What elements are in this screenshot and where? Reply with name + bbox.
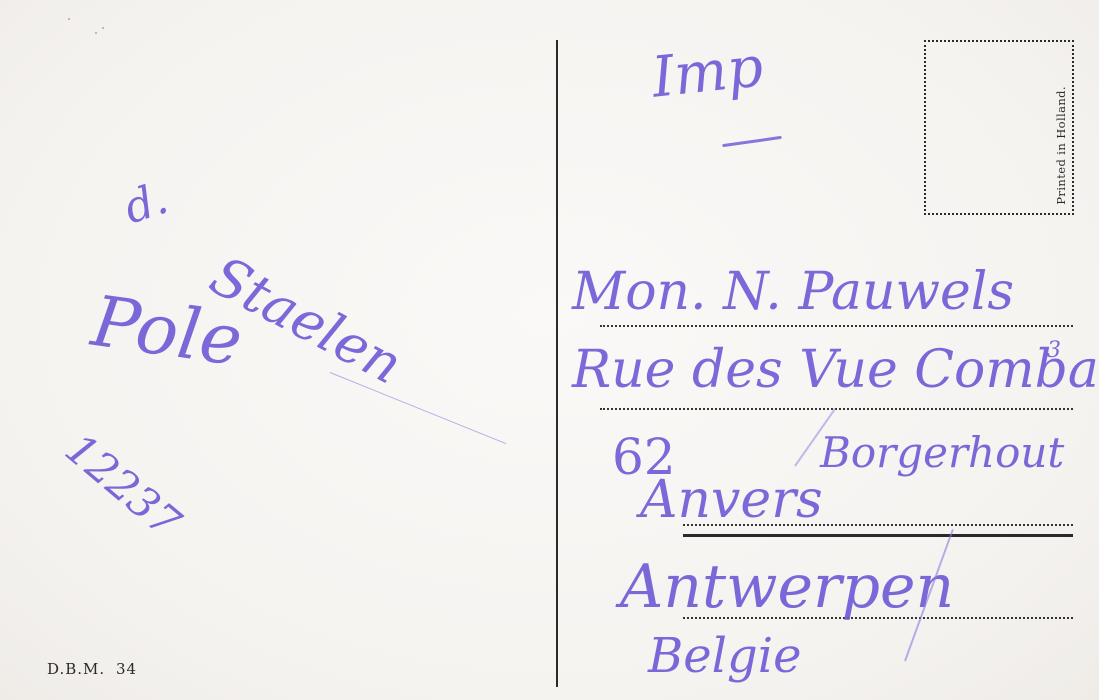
printed-in-holland-label: Printed in Holland. [1054, 86, 1068, 205]
address-solid-line [683, 534, 1073, 537]
address-line-1 [600, 325, 1073, 327]
address-country: Belgie [648, 628, 802, 684]
pen-stroke [330, 372, 507, 444]
paper-speck [102, 27, 104, 29]
handwritten-underline [722, 136, 782, 147]
address-street-suffix: 3 [1047, 338, 1061, 363]
address-street: Rue des Vue Combat. [572, 340, 1099, 400]
stamp-box: Printed in Holland. [924, 40, 1074, 215]
address-city-dutch: Antwerpen [620, 552, 954, 622]
center-divider-line [556, 40, 558, 687]
paper-speck [68, 18, 70, 20]
address-line-2 [600, 408, 1073, 410]
handwritten-top-note: Imp [649, 34, 766, 110]
address-city-french: Anvers [640, 470, 823, 530]
address-recipient-name: Mon. N. Pauwels [572, 262, 1014, 322]
postcard-back: Printed in Holland. D.B.M. 34 Imp d. Sta… [0, 0, 1099, 700]
address-district: Borgerhout [820, 428, 1064, 477]
publisher-code: D.B.M. 34 [47, 660, 137, 678]
handwritten-message-line-1: d. [118, 173, 174, 235]
paper-speck [95, 32, 97, 34]
handwritten-message-line-4: 12237 [56, 424, 190, 547]
